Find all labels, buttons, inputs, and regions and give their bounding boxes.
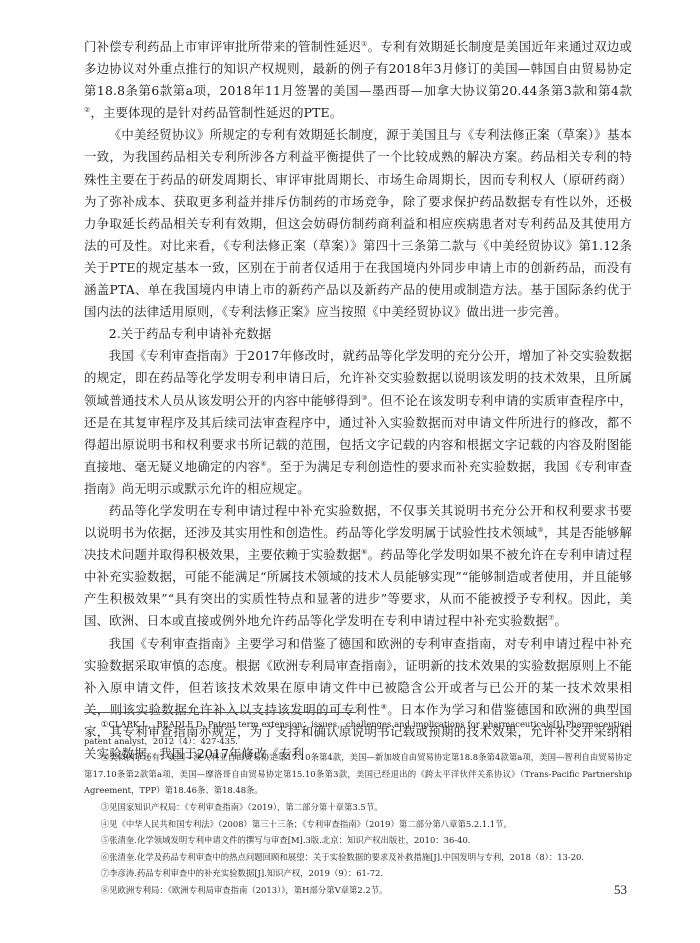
footnote-divider <box>84 712 356 713</box>
paragraph-text: ，主要体现的是针对药品管制性延迟的PTE。 <box>90 105 342 120</box>
footnote: ③见国家知识产权局：《专利审查指南》（2019），第二部分第十章第3.5节。 <box>84 799 632 816</box>
footnote: ⑥张清奎.化学及药品专利审查中的热点问题回顾和展望：关于实验数据的要求及补救措施… <box>84 849 632 866</box>
paragraph-text: 。 <box>554 613 567 628</box>
footnotes: ①CLARK L，BEADLE D. Patent term extension… <box>84 716 632 899</box>
footnote: ④见《中华人民共和国专利法》（2008）第三十三条；《专利审查指南》（2019）… <box>84 816 632 833</box>
paragraph-text: 门补偿专利药品上市审评审批所带来的管制性延迟 <box>84 39 361 54</box>
paragraph-text: 2.关于药品专利申请补充数据 <box>109 326 272 341</box>
paragraph: 门补偿专利药品上市审评审批所带来的管制性延迟①。专利有效期延长制度是美国近年来通… <box>84 36 632 124</box>
paragraph: 我国《专利审查指南》于2017年修改时，就药品等化学发明的充分公开，增加了补交实… <box>84 345 632 500</box>
paragraph: 《中美经贸协议》所规定的专利有效期延长制度，源于美国且与《专利法修正案（草案）》… <box>84 124 632 323</box>
footnote: ⑧见欧洲专利局：《欧洲专利局审查指南（2013）》，第H部分第V章第2.2节。 <box>84 882 632 899</box>
paragraph-text: 《中美经贸协议》所规定的专利有效期延长制度，源于美国且与《专利法修正案（草案）》… <box>84 127 632 319</box>
footnote: ①CLARK L，BEADLE D. Patent term extension… <box>84 716 632 749</box>
paragraph: 药品等化学发明在专利申请过程中补充实验数据，不仅事关其说明书充分公开和权利要求书… <box>84 500 632 633</box>
section-heading: 2.关于药品专利申请补充数据 <box>84 323 632 345</box>
page-number: 53 <box>614 882 627 898</box>
footnote: ⑤张清奎.化学领域发明专利申请文件的撰写与审查[M].3版.北京：知识产权出版社… <box>84 832 632 849</box>
article-body: 门补偿专利药品上市审评审批所带来的管制性延迟①。专利有效期延长制度是美国近年来通… <box>84 36 632 765</box>
footnote: ⑦李彦涛.药品专利审查中的补充实验数据[J].知识产权，2019（9）：61-7… <box>84 865 632 882</box>
footnote: ②类似例子还有：美国—澳大利亚自由贸易协定第17.10条第4款，美国—新加坡自由… <box>84 749 632 799</box>
